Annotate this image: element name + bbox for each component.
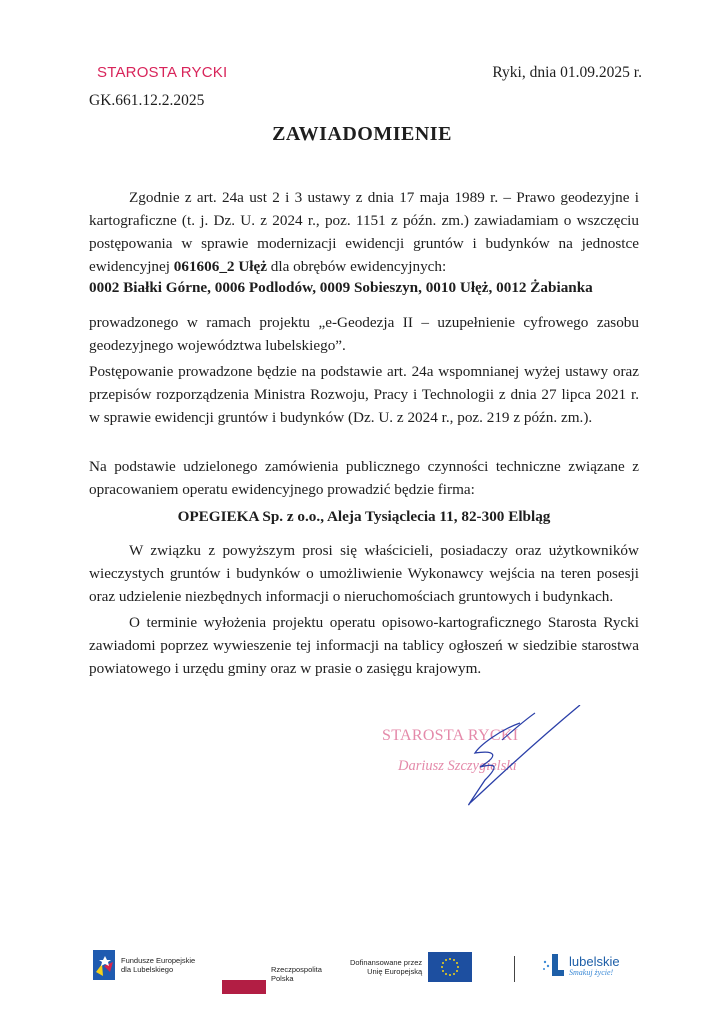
starosta-stamp-header: STAROSTA RYCKI <box>97 64 227 81</box>
logo-fundusze-europejskie: Fundusze Europejskiedla Lubelskiego <box>93 950 195 980</box>
paragraph-legal-basis: Zgodnie z art. 24a ust 2 i 3 ustawy z dn… <box>89 186 639 278</box>
handwritten-signature-icon <box>440 705 600 815</box>
eu-flag-icon <box>428 952 472 982</box>
paragraph-project: prowadzonego w ramach projektu „e-Geodez… <box>89 311 639 357</box>
paragraph-request: W związku z powyższym prosi się właścici… <box>89 539 639 608</box>
signature-block: STAROSTA RYCKI Dariusz Szczygielski <box>380 725 600 815</box>
footer-logos: Fundusze Europejskiedla Lubelskiego Rzec… <box>0 950 724 990</box>
logo-lubelskie: lubelskieSmakuj życie! <box>540 952 620 980</box>
logo-eu: Dofinansowane przezUnię Europejską <box>350 952 472 982</box>
lubelskie-mark-icon <box>540 952 566 980</box>
contractor-name: OPEGIEKA Sp. z o.o., Aleja Tysiąclecia 1… <box>89 505 639 528</box>
paragraph-precincts: 0002 Białki Górne, 0006 Podlodów, 0009 S… <box>89 276 639 299</box>
paragraph-contractor-intro: Na podstawie udzielonego zamówienia publ… <box>89 455 639 501</box>
polish-flag-icon <box>222 966 266 994</box>
place-and-date: Ryki, dnia 01.09.2025 r. <box>492 64 642 82</box>
registry-unit: 061606_2 Ułęż <box>174 258 267 275</box>
reference-number: GK.661.12.2.2025 <box>89 92 204 110</box>
paragraph-regulation: Postępowanie prowadzone będzie na podsta… <box>89 360 639 429</box>
footer-separator <box>514 956 515 982</box>
logo-rzeczpospolita-polska: RzeczpospolitaPolska <box>222 954 322 994</box>
fe-star-icon <box>93 950 115 980</box>
document-title: ZAWIADOMIENIE <box>0 123 724 146</box>
paragraph-notice: O terminie wyłożenia projektu operatu op… <box>89 611 639 680</box>
p1-tail: dla obrębów ewidencyjnych: <box>267 258 446 275</box>
